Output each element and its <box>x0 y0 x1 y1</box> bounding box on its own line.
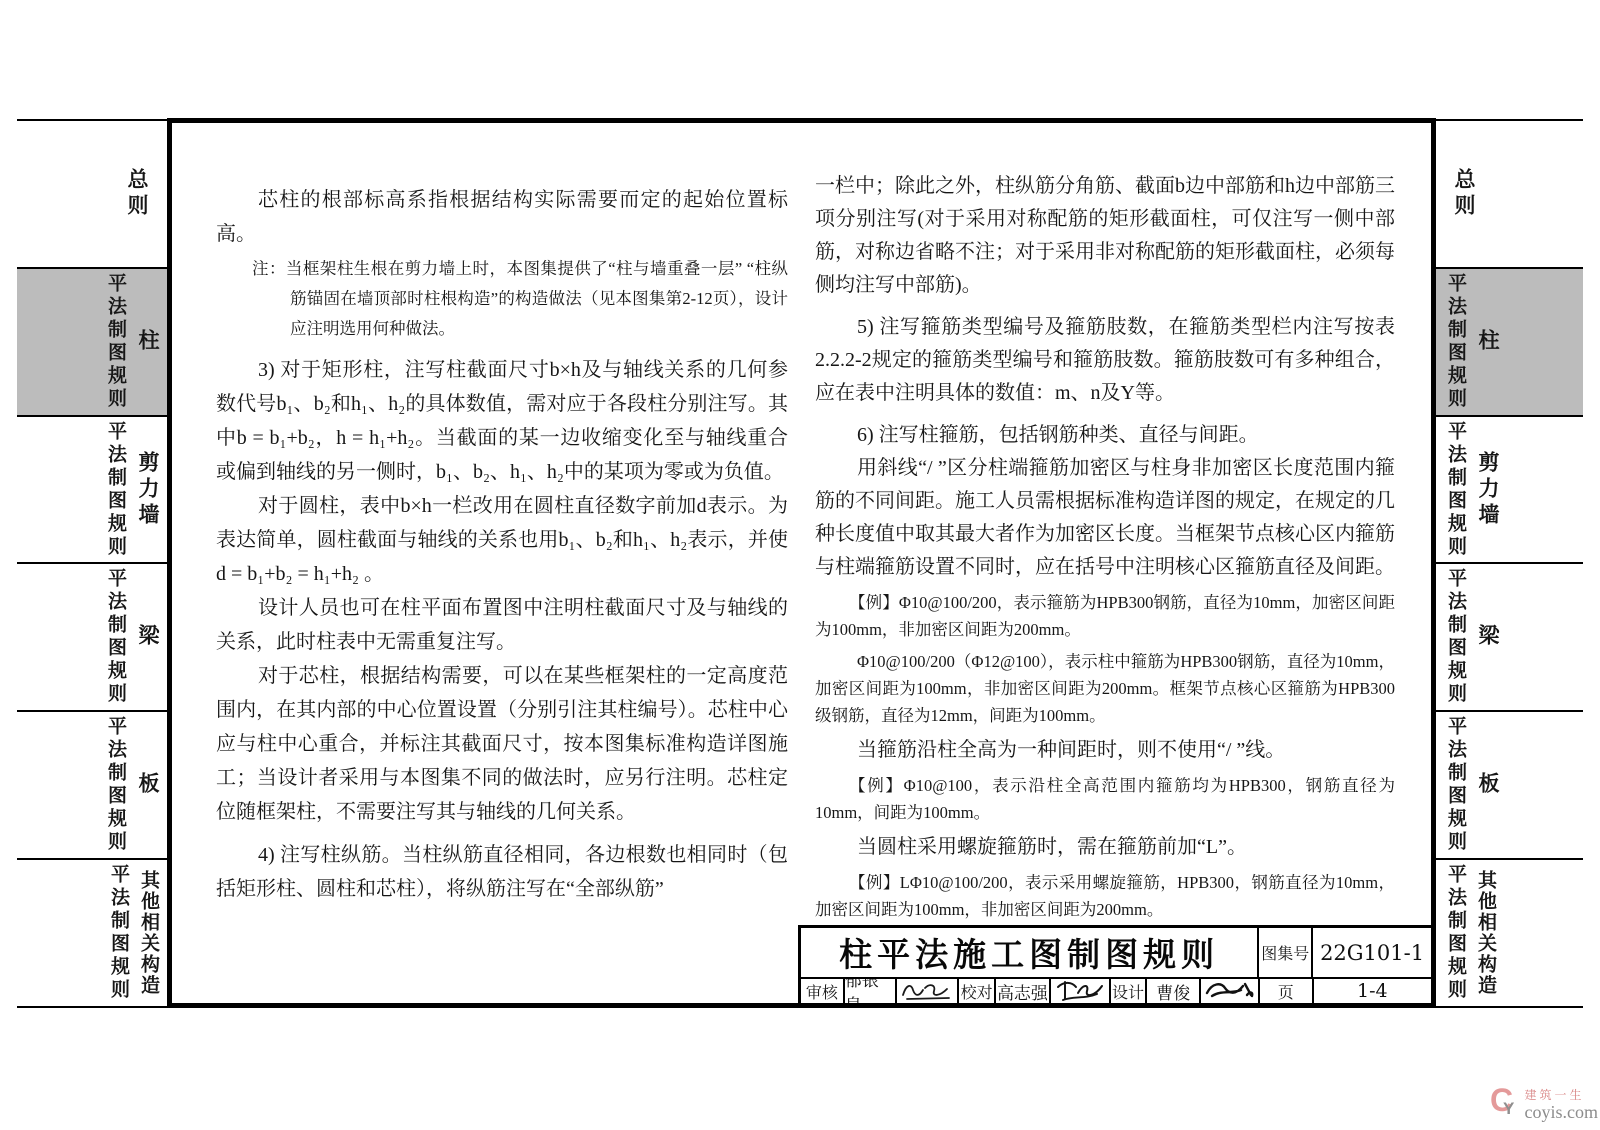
tab-label: 柱 <box>132 329 162 355</box>
paragraph: 当圆柱采用螺旋箍筋时，需在箍筋前加“L”。 <box>815 831 1395 864</box>
page-number: 1-4 <box>1312 979 1431 1003</box>
paragraph: 5) 注写箍筋类型编号及箍筋肢数，在箍筋类型栏内注写按表2.2.2-2规定的箍筋… <box>815 311 1395 410</box>
note-paragraph: 注：当框架柱生根在剪力墙上时，本图集提供了“柱与墙重叠一层” “柱纵筋锚固在墙顶… <box>216 254 788 344</box>
tab-label: 总则 <box>1448 168 1478 220</box>
page-label: 页 <box>1258 979 1312 1003</box>
paragraph: 4) 注写柱纵筋。当柱纵筋直径相同，各边根数也相同时（包括矩形柱、圆柱和芯柱），… <box>216 838 788 906</box>
tab-group-label: 平法制图规则 <box>1442 568 1469 706</box>
example-paragraph: 【例】Φ10@100，表示沿柱全高范围内箍筋均为HPB300，钢筋直径为10mm… <box>815 772 1395 826</box>
signature-scribble <box>1053 979 1107 1003</box>
tab-label: 梁 <box>1472 624 1502 650</box>
example-paragraph: 【例】Φ10@100/200，表示箍筋为HPB300钢筋，直径为10mm，加密区… <box>815 589 1395 643</box>
tab-group-label: 平法制图规则 <box>102 568 129 706</box>
sidebar-item-general-rules: 总则 <box>1435 121 1583 269</box>
left-tab-strip: 总则 平法制图规则 柱 平法制图规则 剪力墙 平法制图规则 梁 平法制图规则 板 <box>17 119 167 1008</box>
review-label: 审核 <box>801 979 843 1003</box>
reviewer-name: 郁银泉 <box>843 979 895 1003</box>
designer-signature <box>1199 979 1258 1003</box>
signature-scribble <box>1203 980 1255 1002</box>
paragraph: 用斜线“/ ”区分柱端箍筋加密区与柱身非加密区长度范围内箍筋的不同间距。施工人员… <box>815 452 1395 584</box>
tab-group-label: 平法制图规则 <box>1442 421 1469 559</box>
sidebar-item-shear-wall: 平法制图规则 剪力墙 <box>17 417 167 565</box>
example-paragraph: 【例】LΦ10@100/200，表示采用螺旋箍筋，HPB300，钢筋直径为10m… <box>815 869 1395 923</box>
paragraph: 设计人员也可在柱平面布置图中注明柱截面尺寸及与轴线的关系，此时柱表中无需重复注写… <box>216 591 788 659</box>
sidebar-item-shear-wall: 平法制图规则 剪力墙 <box>1435 417 1583 565</box>
atlas-number: 22G101-1 <box>1311 928 1431 977</box>
tab-label: 剪力墙 <box>1472 451 1502 529</box>
design-label: 设计 <box>1109 979 1146 1003</box>
tab-group-label: 平法制图规则 <box>1442 273 1469 411</box>
proofer-name: 高志强 <box>994 979 1049 1003</box>
tab-group-label: 平法制图规则 <box>1442 716 1469 854</box>
sidebar-item-slab: 平法制图规则 板 <box>17 712 167 860</box>
sidebar-item-beam: 平法制图规则 梁 <box>1435 564 1583 712</box>
tab-group-label: 平法制图规则 <box>102 273 129 411</box>
tab-label: 剪力墙 <box>132 451 162 529</box>
sidebar-item-other-details: 平法制图规则 其他相关构造 <box>17 860 167 1008</box>
tab-group-label: 平法制图规则 <box>102 716 129 854</box>
proofer-signature <box>1049 979 1109 1003</box>
sheet-title: 柱平法施工图制图规则 <box>801 928 1257 977</box>
sidebar-item-other-details: 平法制图规则 其他相关构造 <box>1435 860 1583 1008</box>
tab-group-label: 平法制图规则 <box>102 421 129 559</box>
paragraph: 芯柱的根部标高系指根据结构实际需要而定的起始位置标高。 <box>216 183 788 251</box>
tab-group-label: 平法制图规则 <box>1442 864 1469 1002</box>
text-column-left: 芯柱的根部标高系指根据结构实际需要而定的起始位置标高。 注：当框架柱生根在剪力墙… <box>216 183 788 906</box>
atlas-number-label: 图集号 <box>1257 928 1311 977</box>
content-frame: 芯柱的根部标高系指根据结构实际需要而定的起始位置标高。 注：当框架柱生根在剪力墙… <box>167 118 1436 1008</box>
sidebar-item-column: 平法制图规则 柱 <box>17 269 167 417</box>
paragraph: 对于圆柱，表中b×h一栏改用在圆柱直径数字前加d表示。为表达简单，圆柱截面与轴线… <box>216 489 788 591</box>
title-block: 柱平法施工图制图规则 图集号 22G101-1 审核 郁银泉 校对 高志强 <box>798 925 1431 1003</box>
tab-label: 柱 <box>1472 329 1502 355</box>
example-paragraph: Φ10@100/200（Φ12@100），表示柱中箍筋为HPB300钢筋，直径为… <box>815 648 1395 729</box>
watermark-site: coyis.com <box>1525 1102 1599 1122</box>
logo-letter-y: Y <box>1503 1099 1514 1119</box>
paragraph: 3) 对于矩形柱，注写柱截面尺寸b×h及与轴线关系的几何参数代号b₁、b₂和h₁… <box>216 353 788 489</box>
watermark: C Y 建筑一生 coyis.com <box>1490 1084 1598 1126</box>
tab-label: 梁 <box>132 624 162 650</box>
paragraph: 对于芯柱，根据结构需要，可以在某些框架柱的一定高度范围内，在其内部的中心位置设置… <box>216 659 788 829</box>
paragraph: 6) 注写柱箍筋，包括钢筋种类、直径与间距。 <box>815 419 1395 452</box>
tab-group-label: 平法制图规则 <box>105 864 132 1002</box>
text-column-right: 一栏中；除此之外，柱纵筋分角筋、截面b边中部筋和h边中部筋三项分别注写(对于采用… <box>815 170 1395 928</box>
watermark-logo-icon: C Y <box>1490 1084 1522 1124</box>
paragraph: 当箍筋沿柱全高为一种间距时，则不使用“/ ”线。 <box>815 734 1395 767</box>
tab-label: 板 <box>132 772 162 798</box>
proof-label: 校对 <box>957 979 994 1003</box>
sidebar-item-slab: 平法制图规则 板 <box>1435 712 1583 860</box>
document-page: 总则 平法制图规则 柱 平法制图规则 剪力墙 平法制图规则 梁 平法制图规则 板 <box>0 0 1600 1130</box>
tab-label: 其他相关构造 <box>1472 870 1499 996</box>
signature-scribble <box>899 980 955 1002</box>
tab-label: 总则 <box>121 168 151 220</box>
tab-label: 其他相关构造 <box>135 870 162 996</box>
right-tab-strip: 总则 平法制图规则 柱 平法制图规则 剪力墙 平法制图规则 梁 平法制图规则 板 <box>1435 119 1583 1008</box>
tab-label: 板 <box>1472 772 1502 798</box>
sidebar-item-beam: 平法制图规则 梁 <box>17 564 167 712</box>
reviewer-signature <box>895 979 958 1003</box>
designer-name: 曹俊 <box>1145 979 1199 1003</box>
paragraph: 一栏中；除此之外，柱纵筋分角筋、截面b边中部筋和h边中部筋三项分别注写(对于采用… <box>815 170 1395 302</box>
watermark-brand: 建筑一生 <box>1525 1088 1599 1102</box>
sidebar-item-general-rules: 总则 <box>17 121 167 269</box>
sidebar-item-column: 平法制图规则 柱 <box>1435 269 1583 417</box>
